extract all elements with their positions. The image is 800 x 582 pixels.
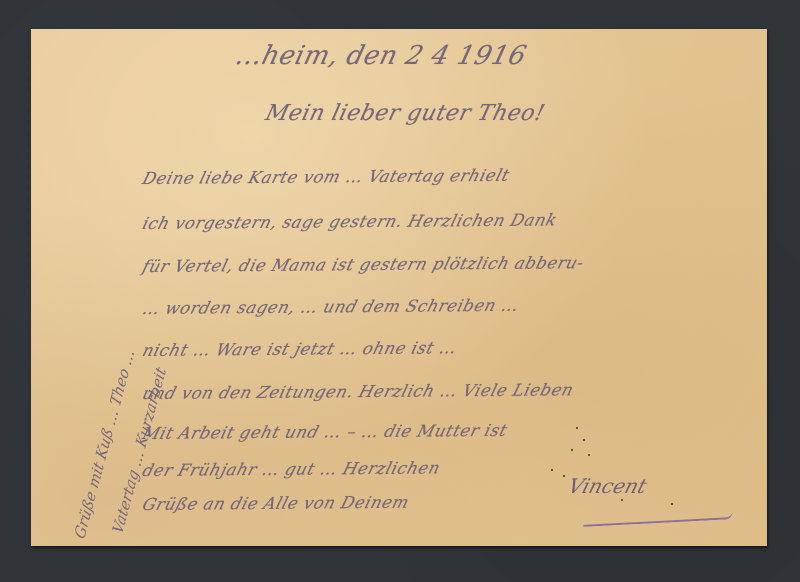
signature-underline bbox=[583, 511, 733, 527]
salutation: Mein lieber guter Theo! bbox=[263, 101, 548, 126]
body-line: … worden sagen, … und dem Schreiben … bbox=[140, 296, 521, 318]
body-line: Mit Arbeit geht und … – … die Mutter ist bbox=[140, 421, 509, 443]
body-line: Deine liebe Karte vom … Vatertag erhielt bbox=[140, 166, 512, 188]
body-line: nicht … Ware ist jetzt … ohne ist … bbox=[140, 338, 459, 360]
signature: Vincent bbox=[566, 474, 650, 498]
body-line: Grüße an die Alle von Deinem bbox=[140, 493, 411, 514]
body-line: der Frühjahr … gut … Herzlichen bbox=[140, 458, 442, 480]
postcard: …heim, den 2 4 1916 Mein lieber guter Th… bbox=[31, 29, 767, 546]
body-line: und von den Zeitungen. Herzlich … Viele … bbox=[140, 380, 576, 403]
body-line: für Vertel, die Mama ist gestern plötzli… bbox=[140, 253, 586, 276]
place-date-line: …heim, den 2 4 1916 bbox=[232, 41, 529, 71]
body-line: ich vorgestern, sage gestern. Herzlichen… bbox=[140, 210, 559, 233]
perforated-edge bbox=[26, 29, 36, 546]
